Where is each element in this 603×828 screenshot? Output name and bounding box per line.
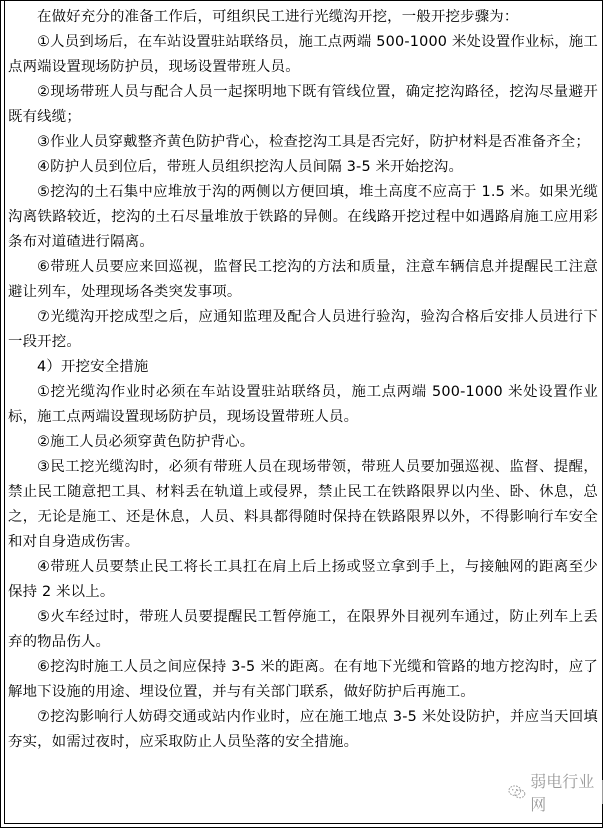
- safety-3-paragraph: ③民工挖光缆沟时，必须有带班人员在现场带领，带班人员要加强巡视、监督、提醒，禁止…: [8, 455, 598, 555]
- watermark: 弱电行业网: [508, 780, 603, 804]
- document-body: 在做好充分的准备工作后，可组织民工进行光缆沟开挖，一般开挖步骤为： ①人员到场后…: [8, 5, 598, 755]
- watermark-text: 弱电行业网: [530, 769, 603, 815]
- intro-paragraph: 在做好充分的准备工作后，可组织民工进行光缆沟开挖，一般开挖步骤为：: [8, 5, 598, 30]
- step-4-paragraph: ④防护人员到位后，带班人员组织挖沟人员间隔 3-5 米开始挖沟。: [8, 155, 598, 180]
- safety-5-paragraph: ⑤火车经过时，带班人员要提醒民工暂停施工，在限界外目视列车通过，防止列车上丢弃的…: [8, 605, 598, 655]
- step-1-paragraph: ①人员到场后，在车站设置驻站联络员，施工点两端 500-1000 米处设置作业标…: [8, 30, 598, 80]
- step-2-paragraph: ②现场带班人员与配合人员一起探明地下既有管线位置，确定挖沟路径，挖沟尽量避开既有…: [8, 80, 598, 130]
- safety-4-paragraph: ④带班人员要禁止民工将长工具扛在肩上后上扬或竖立拿到手上，与接触网的距离至少保持…: [8, 555, 598, 605]
- safety-1-paragraph: ①挖光缆沟作业时必须在车站设置驻站联络员，施工点两端 500-1000 米处设置…: [8, 380, 598, 430]
- step-3-paragraph: ③作业人员穿戴整齐黄色防护背心，检查挖沟工具是否完好，防护材料是否准备齐全；: [8, 130, 598, 155]
- step-6-paragraph: ⑥带班人员要应来回巡视，监督民工挖沟的方法和质量，注意车辆信息并提醒民工注意避让…: [8, 255, 598, 305]
- safety-2-paragraph: ②施工人员必须穿黄色防护背心。: [8, 430, 598, 455]
- step-5-paragraph: ⑤挖沟的土石集中应堆放于沟的两侧以方便回填，堆土高度不应高于 1.5 米。如果光…: [8, 180, 598, 255]
- wechat-icon: [508, 784, 526, 800]
- section-heading-safety-measures: 4）开挖安全措施: [8, 355, 598, 380]
- safety-6-paragraph: ⑥挖沟时施工人员之间应保持 3-5 米的距离。在有地下光缆和管路的地方挖沟时，应…: [8, 655, 598, 705]
- safety-7-paragraph: ⑦挖沟影响行人妨碍交通或站内作业时，应在施工地点 3-5 米处设防护，并应当天回…: [8, 705, 598, 755]
- step-7-paragraph: ⑦光缆沟开挖成型之后，应通知监理及配合人员进行验沟，验沟合格后安排人员进行下一段…: [8, 305, 598, 355]
